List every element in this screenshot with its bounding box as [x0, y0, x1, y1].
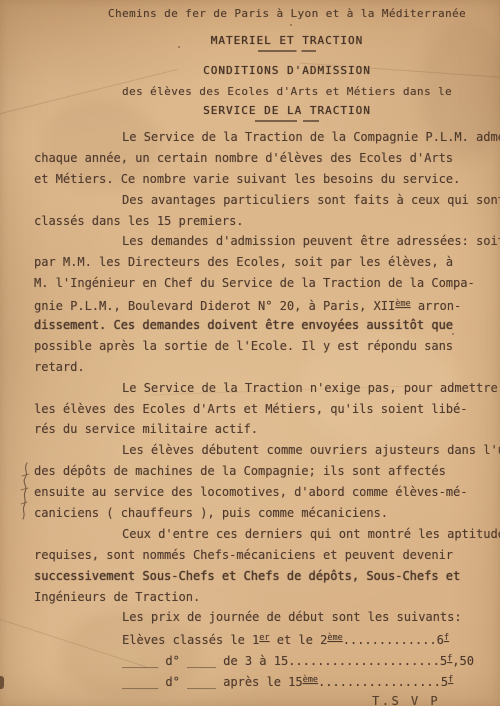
paragraph-6: Ceux d'entre ces derniers qui ont montré… — [34, 524, 480, 608]
title-underline — [255, 120, 319, 122]
text-line: et Métiers. Ce nombre varie suivant les … — [34, 169, 480, 190]
text-line: M. l'Ingénieur en Chef du Service de la … — [34, 273, 480, 294]
paper-speck — [290, 24, 292, 26]
price-list: Les prix de journée de début sont les su… — [34, 607, 480, 691]
paragraph-5: Les élèves débutent comme ouvriers ajust… — [34, 440, 480, 524]
text-segment: arron- — [411, 299, 462, 313]
price-row: Elèves classés le 1er et le 2ème........… — [34, 628, 480, 649]
text-line: Les demandes d'admission peuvent être ad… — [34, 231, 480, 252]
text-line: dissement. Ces demandes doivent être env… — [34, 315, 480, 336]
price-value: ,50 — [452, 654, 474, 668]
price-row: _____ d° ____ après le 15ème............… — [34, 670, 480, 691]
text-line: Ingénieurs de Traction. — [34, 587, 480, 608]
text-segment: gnie P.L.M., Boulevard Diderot N° 20, à … — [34, 299, 395, 313]
price-list-intro: Les prix de journée de début sont les su… — [34, 607, 480, 628]
text-line: successivement Sous-Chefs et Chefs de dé… — [34, 566, 480, 587]
service-title: SERVICE DE LA TRACTION — [74, 104, 500, 117]
text-line: Les élèves débutent comme ouvriers ajust… — [34, 440, 480, 461]
price-row-label: Elèves classés le 1 — [122, 633, 259, 647]
text-line: par M.M. les Directeurs des Ecoles, soit… — [34, 252, 480, 273]
ordinal-superscript: ème — [395, 299, 410, 309]
text-line: chaque année, un certain nombre d'élèves… — [34, 148, 480, 169]
text-line: Le Service de la Traction de la Compagni… — [34, 127, 480, 148]
text-line: classés dans les 15 premiers. — [34, 211, 480, 232]
price-value: 6 — [437, 633, 444, 647]
turn-over-note: T.S V P — [34, 691, 480, 706]
price-row-label: _____ d° ____ après le 15 — [122, 675, 303, 689]
ordinal-superscript: ème — [327, 633, 342, 643]
dot-leader: ................. — [318, 675, 441, 689]
dot-leader: ............. — [343, 633, 437, 647]
price-row-label: et le 2 — [270, 633, 328, 647]
text-line: possible après la sortie de l'Ecole. Il … — [34, 336, 480, 357]
paragraph-4: Le Service de la Traction n'exige pas, p… — [34, 378, 480, 441]
text-line: Le Service de la Traction n'exige pas, p… — [34, 378, 480, 399]
text-line: des dépôts de machines de la Compagnie; … — [34, 461, 480, 482]
ordinal-superscript: er — [259, 633, 269, 643]
ordinal-superscript: ème — [303, 675, 318, 685]
text-line: retard. — [34, 357, 480, 378]
text-line: les élèves des Ecoles d'Arts et Métiers,… — [34, 399, 480, 420]
paragraph-3: Les demandes d'admission peuvent être ad… — [34, 231, 480, 377]
dot-leader: ..................... — [288, 654, 440, 668]
text-line: rés du service militaire actif. — [34, 419, 480, 440]
paper-edge-mark — [0, 676, 4, 689]
text-line: Ceux d'entre ces derniers qui ont montré… — [34, 524, 480, 545]
scanned-document-page: Chemins de fer de Paris à Lyon et à la M… — [0, 0, 500, 706]
department-title: MATERIEL ET TRACTION — [74, 34, 500, 47]
document-subtitle: des élèves des Ecoles d'Arts et Métiers … — [74, 85, 500, 98]
document-body: Le Service de la Traction de la Compagni… — [34, 127, 480, 706]
paragraph-1: Le Service de la Traction de la Compagni… — [34, 127, 480, 190]
text-line: requises, sont nommés Chefs-mécaniciens … — [34, 545, 480, 566]
francs-superscript: f — [448, 675, 453, 685]
price-row: _____ d° ____ de 3 à 15.................… — [34, 649, 480, 670]
document-title: CONDITIONS D'ADMISSION — [74, 64, 500, 77]
price-row-label: _____ d° ____ de 3 à 15 — [122, 654, 288, 668]
francs-superscript: f — [444, 633, 449, 643]
text-line: gnie P.L.M., Boulevard Diderot N° 20, à … — [34, 294, 480, 315]
price-value: 5 — [441, 675, 448, 689]
title-underline — [258, 50, 316, 52]
text-line: caniciens ( chauffeurs ), puis comme méc… — [34, 503, 480, 524]
paragraph-2: Des avantages particuliers sont faits à … — [34, 190, 480, 232]
text-line: Des avantages particuliers sont faits à … — [34, 190, 480, 211]
text-line: ensuite au service des locomotives, d'ab… — [34, 482, 480, 503]
company-name: Chemins de fer de Paris à Lyon et à la M… — [74, 7, 500, 20]
